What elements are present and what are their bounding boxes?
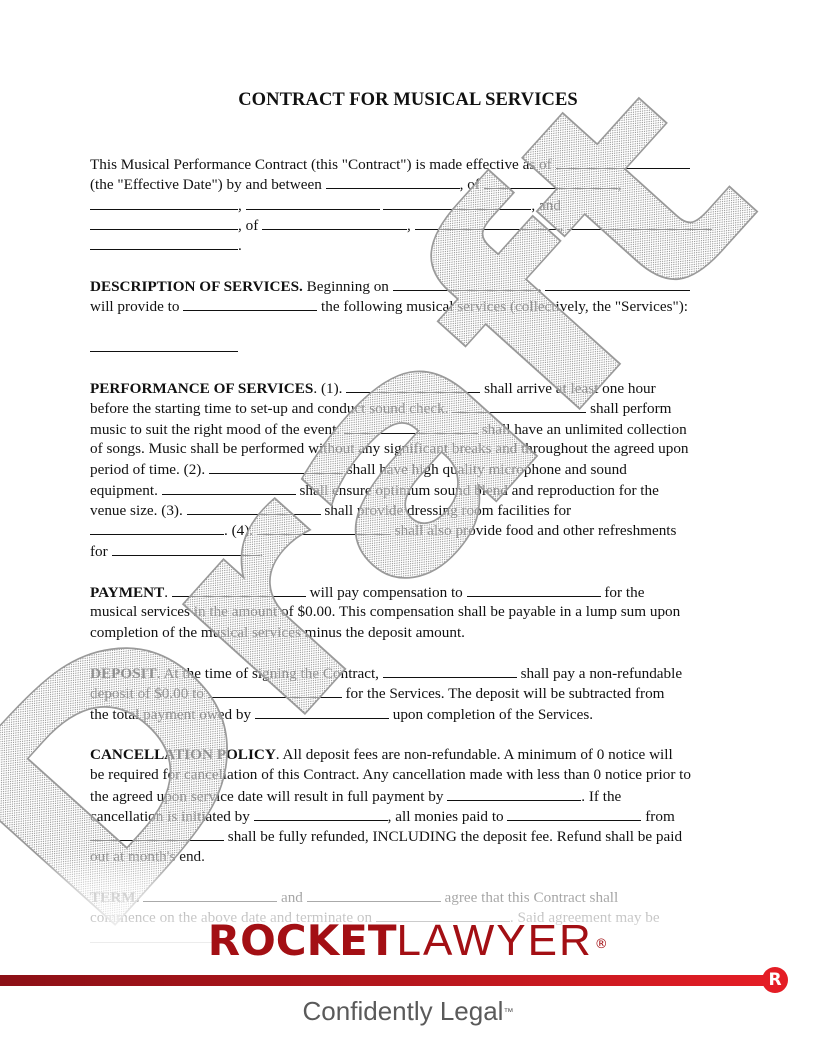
performer-blank[interactable] bbox=[545, 276, 690, 291]
cancellation-heading: CANCELLATION POLICY bbox=[90, 746, 276, 763]
blank-field[interactable] bbox=[172, 582, 306, 597]
blank-field[interactable] bbox=[447, 786, 581, 801]
party1-zip-blank[interactable] bbox=[383, 195, 531, 210]
payment-section: PAYMENT. will pay compensation to for th… bbox=[90, 582, 730, 643]
party1-state-blank[interactable] bbox=[246, 195, 380, 210]
blank-field[interactable] bbox=[208, 683, 342, 698]
cancellation-section: CANCELLATION POLICY. All deposit fees ar… bbox=[90, 745, 730, 867]
services-blank[interactable] bbox=[90, 337, 238, 352]
party1-address-blank[interactable] bbox=[484, 174, 618, 189]
blank-field[interactable] bbox=[209, 459, 343, 474]
brand-bar bbox=[0, 975, 770, 986]
blank-field[interactable] bbox=[255, 704, 389, 719]
deposit-section: DEPOSIT. At the time of signing the Cont… bbox=[90, 663, 730, 724]
party2-name-blank[interactable] bbox=[90, 215, 238, 230]
description-section: DESCRIPTION OF SERVICES. Beginning on , … bbox=[90, 276, 730, 357]
tagline: Confidently Legal™ bbox=[0, 995, 816, 1027]
intro-paragraph: This Musical Performance Contract (this … bbox=[90, 154, 730, 256]
performance-section: PERFORMANCE OF SERVICES. (1). shall arri… bbox=[90, 378, 730, 561]
party1-name-blank[interactable] bbox=[326, 174, 460, 189]
blank-field[interactable] bbox=[346, 378, 480, 393]
blank-field[interactable] bbox=[507, 806, 641, 821]
party2-address-blank[interactable] bbox=[262, 215, 407, 230]
performance-heading: PERFORMANCE OF SERVICES bbox=[90, 380, 313, 397]
deposit-heading: DEPOSIT bbox=[90, 665, 157, 682]
blank-field[interactable] bbox=[467, 582, 601, 597]
blank-field[interactable] bbox=[254, 806, 388, 821]
blank-field[interactable] bbox=[90, 826, 224, 841]
effective-date-blank[interactable] bbox=[556, 154, 690, 169]
party2-state-blank[interactable] bbox=[567, 215, 712, 230]
blank-field[interactable] bbox=[162, 480, 296, 495]
payment-heading: PAYMENT bbox=[90, 584, 164, 601]
blank-field[interactable] bbox=[257, 520, 391, 535]
blank-field[interactable] bbox=[344, 419, 478, 434]
party1-city-blank[interactable] bbox=[90, 195, 238, 210]
party2-zip-blank[interactable] bbox=[90, 235, 238, 250]
blank-field[interactable] bbox=[90, 520, 224, 535]
start-date-blank[interactable] bbox=[393, 276, 538, 291]
party2-city-blank[interactable] bbox=[415, 215, 560, 230]
rocket-lawyer-logo: ROCKETLAWYER® bbox=[0, 916, 816, 966]
document-title: CONTRACT FOR MUSICAL SERVICES bbox=[0, 90, 816, 110]
blank-field[interactable] bbox=[112, 541, 260, 556]
blank-field[interactable] bbox=[187, 500, 321, 515]
description-heading: DESCRIPTION OF SERVICES. bbox=[90, 278, 303, 295]
rocket-lawyer-badge-icon: R bbox=[762, 967, 788, 993]
blank-field[interactable] bbox=[383, 663, 517, 678]
client-blank[interactable] bbox=[183, 296, 317, 311]
blank-field[interactable] bbox=[452, 398, 586, 413]
document-page: CONTRACT FOR MUSICAL SERVICES This Music… bbox=[0, 0, 816, 1056]
